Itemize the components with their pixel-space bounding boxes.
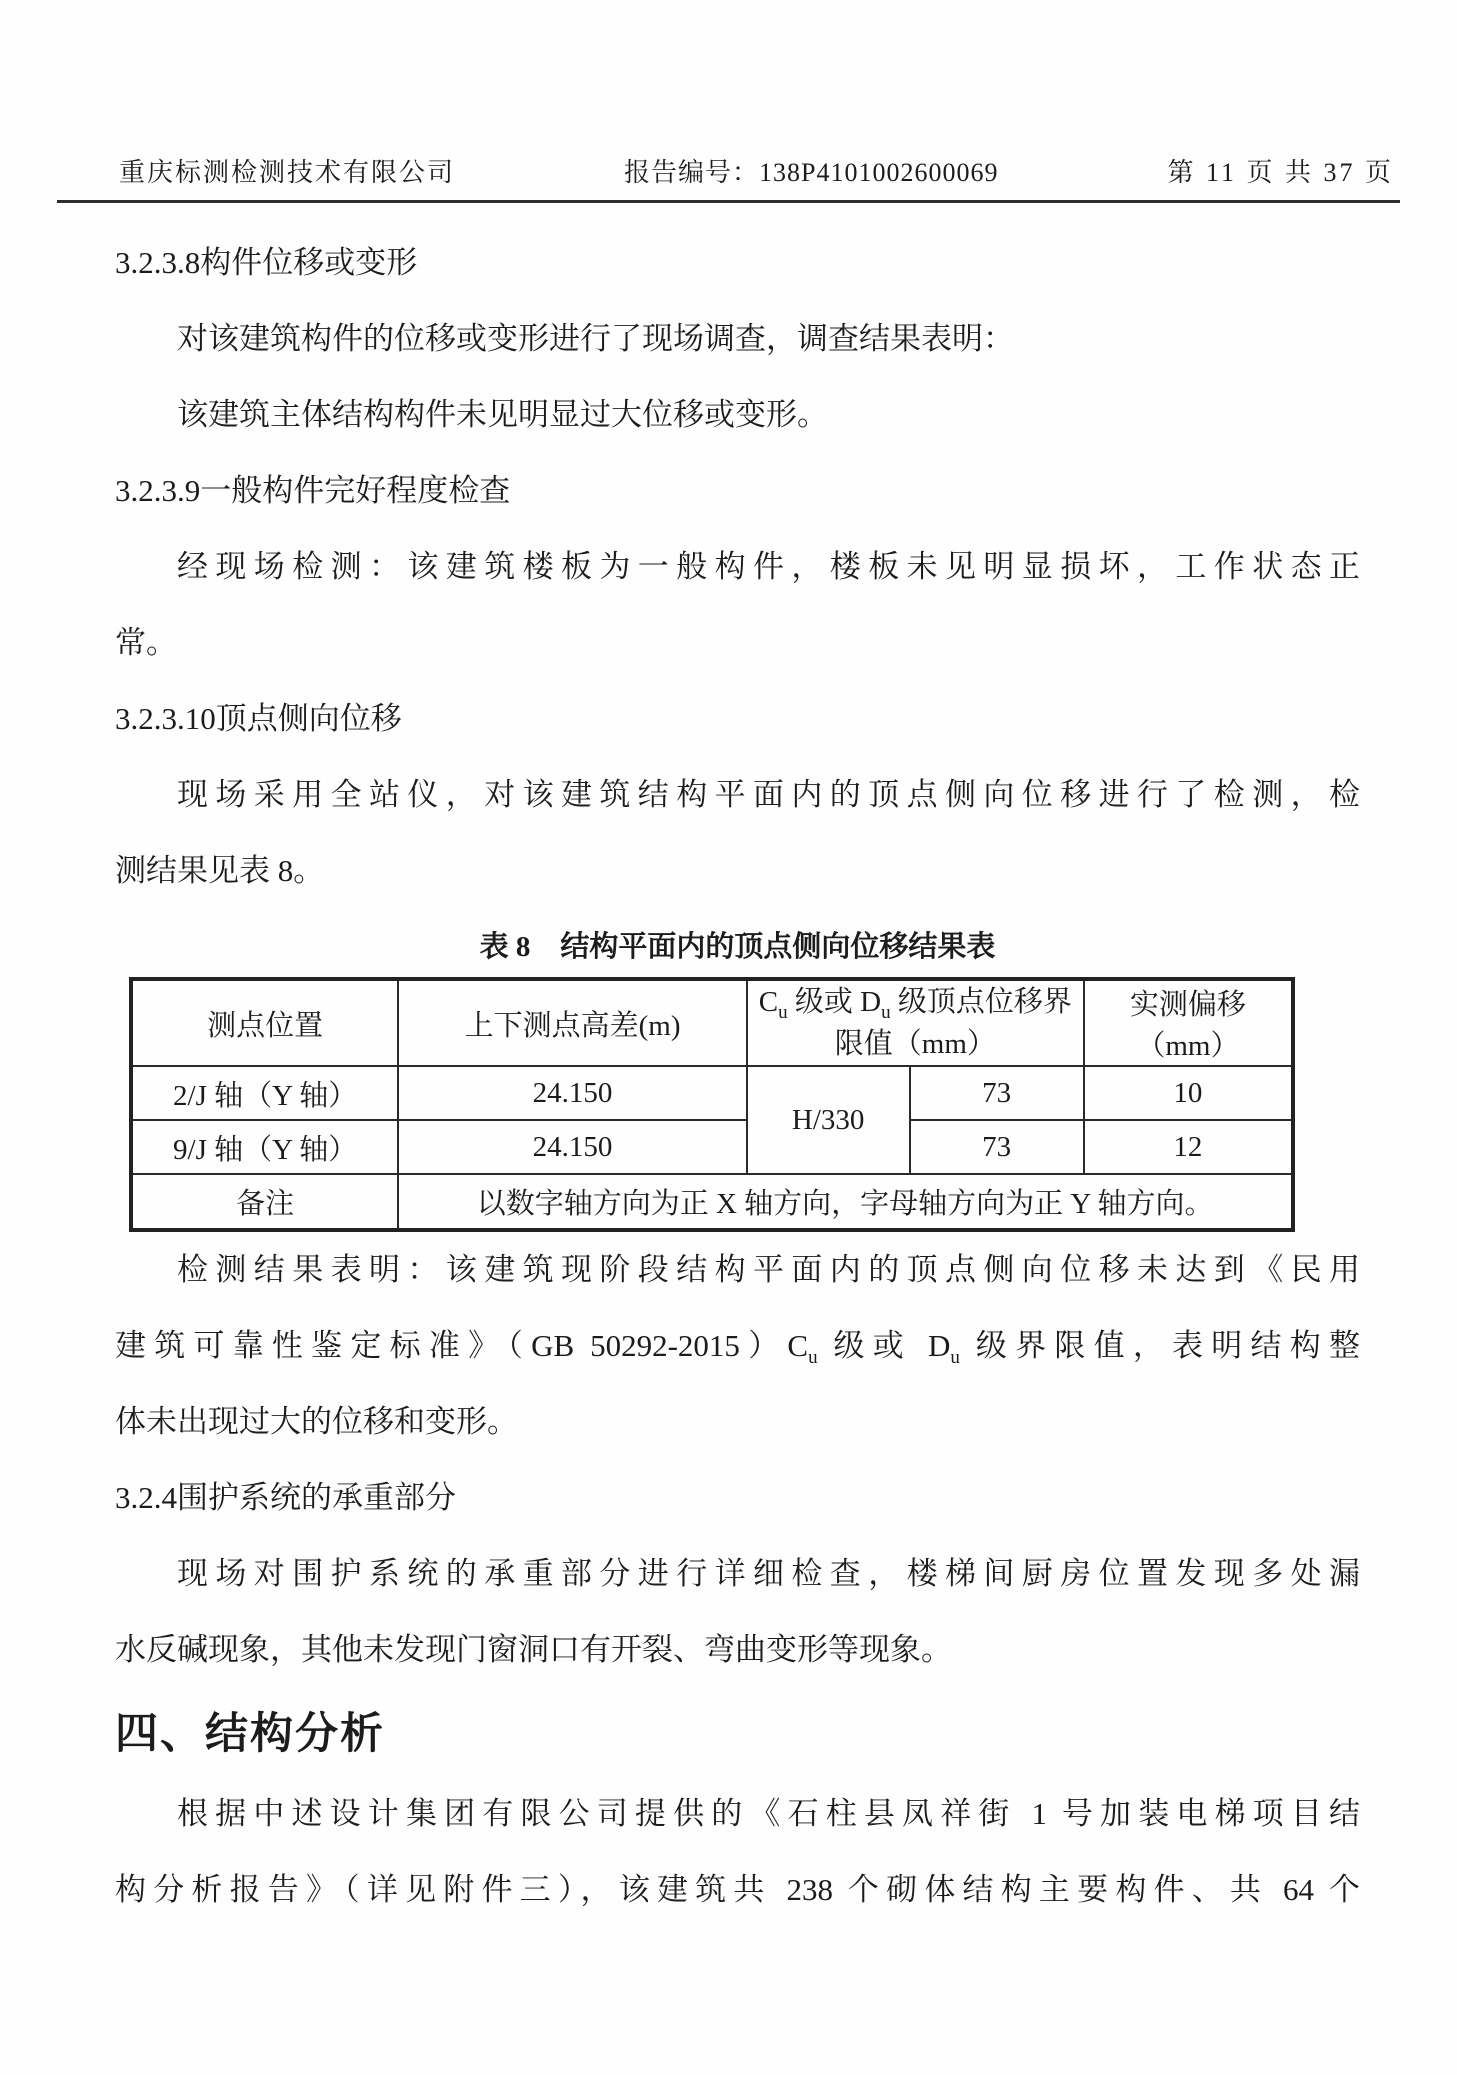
subscript-u: u [808, 1347, 818, 1368]
table-row: 2/J 轴（Y 轴） 24.150 H/330 73 10 [131, 1066, 1293, 1120]
subscript-u: u [778, 1002, 788, 1023]
body-line: 构分析报告》（详见附件三），该建筑共 238 个砌体结构主要构件、共 64 个 [115, 1852, 1360, 1928]
cell-height-diff: 24.150 [398, 1120, 747, 1174]
body-line-part: 建筑可靠性鉴定标准》（GB 50292-2015）C [115, 1328, 808, 1363]
col-header-displacement-limit: Cu 级或 Du 级顶点位移界限值（mm） [747, 979, 1084, 1066]
limit-header-part: 级或 D [788, 986, 881, 1018]
header-page-indicator: 第 11 页 共 37 页 [1167, 156, 1394, 190]
cell-limit-value: 73 [910, 1066, 1084, 1120]
body-line: 检测结果表明：该建筑现阶段结构平面内的顶点侧向位移未达到《民用 [115, 1232, 1360, 1308]
body-line: 水反碱现象，其他未发现门窗洞口有开裂、弯曲变形等现象。 [115, 1612, 1360, 1688]
section-heading-3-2-4: 3.2.4围护系统的承重部分 [115, 1460, 1360, 1536]
chapter-heading: 四、结构分析 [115, 1692, 1360, 1776]
cell-remark-label: 备注 [131, 1174, 398, 1230]
cell-measured-offset: 12 [1084, 1120, 1293, 1174]
header-report-number: 报告编号：138P4101002600069 [624, 156, 998, 190]
body-line: 测结果见表 8。 [115, 833, 1360, 909]
col-header-position: 测点位置 [131, 979, 398, 1066]
body-line: 现场采用全站仪，对该建筑结构平面内的顶点侧向位移进行了检测，检 [115, 757, 1360, 833]
cell-limit-value: 73 [910, 1120, 1084, 1174]
document-page: 重庆标测检测技术有限公司 报告编号：138P4101002600069 第 11… [0, 0, 1457, 2075]
body-line: 现场对围护系统的承重部分进行详细检查，楼梯间厨房位置发现多处漏 [115, 1536, 1360, 1612]
body-line: 经现场检测：该建筑楼板为一般构件，楼板未见明显损坏，工作状态正 [115, 529, 1360, 605]
body-line: 该建筑主体结构构件未见明显过大位移或变形。 [115, 377, 1360, 453]
report-number-label: 报告编号： [624, 158, 759, 187]
section-heading-3-2-3-9: 3.2.3.9一般构件完好程度检查 [115, 453, 1360, 529]
cell-limit-ratio: H/330 [747, 1066, 910, 1174]
section-heading-3-2-3-8: 3.2.3.8构件位移或变形 [115, 225, 1360, 301]
body-line: 体未出现过大的位移和变形。 [115, 1384, 1360, 1460]
subscript-u: u [881, 1002, 891, 1023]
table-caption-number: 表 8 [480, 931, 531, 963]
section-heading-3-2-3-10: 3.2.3.10顶点侧向位移 [115, 681, 1360, 757]
body-line-part: 级界限值，表明结构整 [960, 1328, 1360, 1363]
report-number-value: 138P4101002600069 [759, 158, 998, 187]
table-header-row: 测点位置 上下测点高差(m) Cu 级或 Du 级顶点位移界限值（mm） 实测偏… [131, 979, 1293, 1066]
subscript-u: u [950, 1347, 960, 1368]
document-body: 3.2.3.8构件位移或变形 对该建筑构件的位移或变形进行了现场调查，调查结果表… [115, 225, 1360, 1928]
body-line-part: 级或 D [818, 1328, 951, 1363]
limit-header-part: C [759, 986, 778, 1018]
col-header-measured-offset: 实测偏移（mm） [1084, 979, 1293, 1066]
cell-remark-text: 以数字轴方向为正 X 轴方向，字母轴方向为正 Y 轴方向。 [398, 1174, 1293, 1230]
body-line: 对该建筑构件的位移或变形进行了现场调查，调查结果表明： [115, 301, 1360, 377]
body-line: 常。 [115, 605, 1360, 681]
table-row: 9/J 轴（Y 轴） 24.150 73 12 [131, 1120, 1293, 1174]
table-remark-row: 备注 以数字轴方向为正 X 轴方向，字母轴方向为正 Y 轴方向。 [131, 1174, 1293, 1230]
page-header: 重庆标测检测技术有限公司 报告编号：138P4101002600069 第 11… [57, 150, 1400, 203]
header-company: 重庆标测检测技术有限公司 [119, 156, 455, 190]
cell-measured-offset: 10 [1084, 1066, 1293, 1120]
cell-height-diff: 24.150 [398, 1066, 747, 1120]
body-line: 根据中述设计集团有限公司提供的《石柱县凤祥街 1 号加装电梯项目结 [115, 1776, 1360, 1852]
results-table: 测点位置 上下测点高差(m) Cu 级或 Du 级顶点位移界限值（mm） 实测偏… [129, 977, 1295, 1232]
table-caption-title: 结构平面内的顶点侧向位移结果表 [560, 931, 995, 963]
body-line: 建筑可靠性鉴定标准》（GB 50292-2015）Cu 级或 Du 级界限值，表… [115, 1308, 1360, 1384]
table-caption: 表 8结构平面内的顶点侧向位移结果表 [115, 925, 1360, 969]
cell-position: 9/J 轴（Y 轴） [131, 1120, 398, 1174]
col-header-height-diff: 上下测点高差(m) [398, 979, 747, 1066]
cell-position: 2/J 轴（Y 轴） [131, 1066, 398, 1120]
